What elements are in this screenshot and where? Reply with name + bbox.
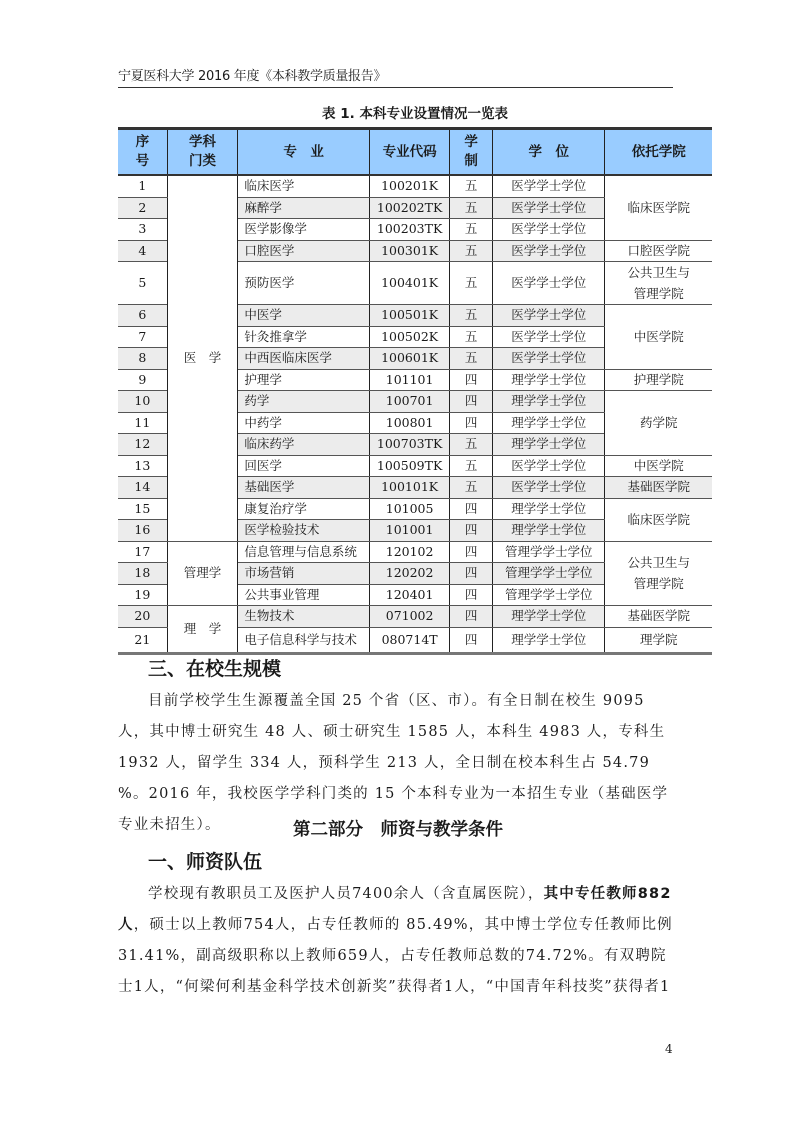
col-header-duration: 学制 xyxy=(450,129,493,176)
col-header-code: 专业代码 xyxy=(369,129,449,176)
college-cell: 公共卫生与管理学院 xyxy=(605,541,712,606)
col-header-degree: 学 位 xyxy=(493,129,605,176)
section-heading-enrollment: 三、在校生规模 xyxy=(148,657,281,681)
college-cell: 中医学院 xyxy=(605,455,712,477)
category-cell: 医 学 xyxy=(167,175,238,541)
college-cell: 公共卫生与管理学院 xyxy=(605,262,712,305)
part-title: 第二部分 师资与教学条件 xyxy=(118,818,678,842)
page-number: 4 xyxy=(665,1042,673,1056)
table-row: 20 理 学 生物技术 071002 四 理学学士学位 基础医学院 xyxy=(118,606,712,628)
table-caption: 表 1. 本科专业设置情况一览表 xyxy=(118,105,712,123)
faculty-paragraph: 学校现有教职员工及医护人员7400余人（含直属医院），其中专任教师882人，硕士… xyxy=(118,879,678,1003)
majors-table: 序号 学科门类 专 业 专业代码 学制 学 位 依托学院 1 医 学 临床医学 … xyxy=(118,127,712,655)
running-header: 宁夏医科大学 2016 年度《本科教学质量报告》 xyxy=(118,68,673,88)
section-heading-faculty: 一、师资队伍 xyxy=(148,850,262,874)
college-cell: 口腔医学院 xyxy=(605,240,712,262)
college-cell: 药学院 xyxy=(605,391,712,456)
col-header-category: 学科门类 xyxy=(167,129,238,176)
college-cell: 理学院 xyxy=(605,627,712,653)
college-cell: 中医学院 xyxy=(605,305,712,370)
category-cell: 理 学 xyxy=(167,606,238,654)
col-header-major: 专 业 xyxy=(238,129,370,176)
college-cell: 临床医学院 xyxy=(605,498,712,541)
college-cell: 临床医学院 xyxy=(605,175,712,240)
college-cell: 基础医学院 xyxy=(605,606,712,628)
table-row: 17 管理学 信息管理与信息系统 120102 四 管理学学士学位 公共卫生与管… xyxy=(118,541,712,563)
college-cell: 护理学院 xyxy=(605,369,712,391)
table-row: 1 医 学 临床医学 100201K 五 医学学士学位 临床医学院 xyxy=(118,175,712,197)
category-cell: 管理学 xyxy=(167,541,238,606)
table-header-row: 序号 学科门类 专 业 专业代码 学制 学 位 依托学院 xyxy=(118,129,712,176)
college-cell: 基础医学院 xyxy=(605,477,712,499)
col-header-seq: 序号 xyxy=(118,129,167,176)
col-header-college: 依托学院 xyxy=(605,129,712,176)
